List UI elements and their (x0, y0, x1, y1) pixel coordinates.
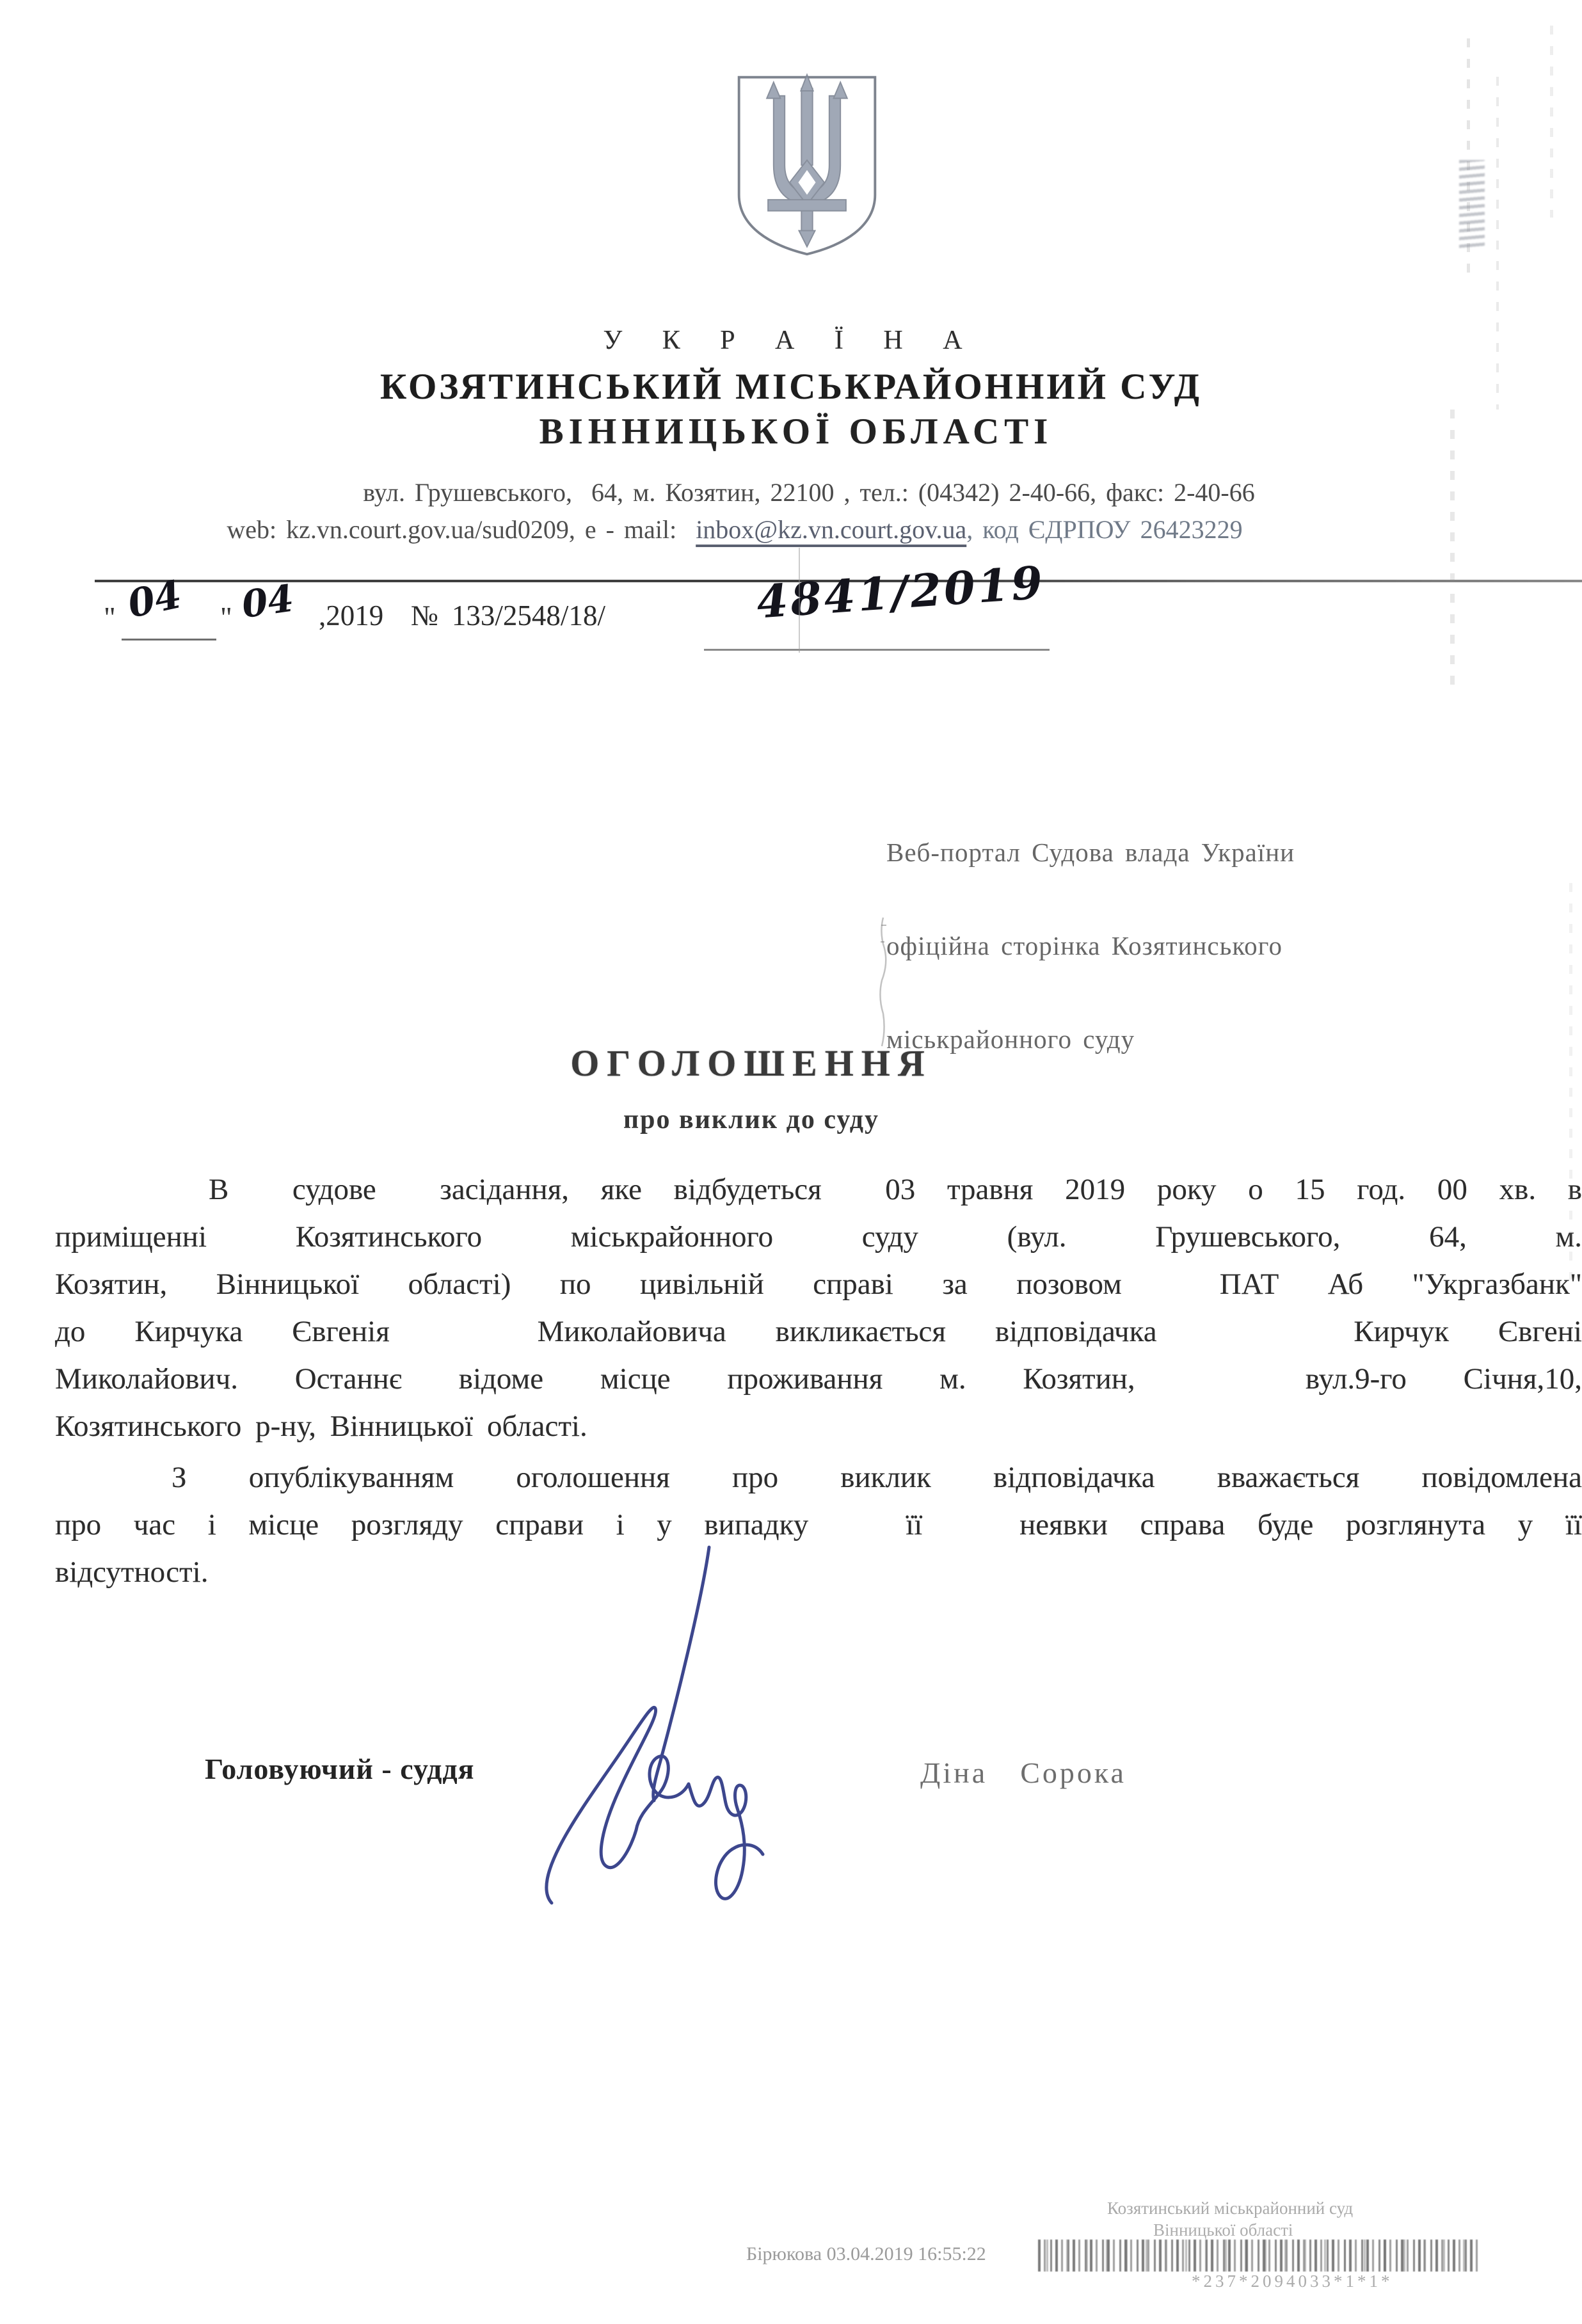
body-line: Козятинського р-ну, Вінницької області. (55, 1409, 1582, 1456)
judge-signature-ink (518, 1541, 813, 1938)
scan-smudge-artifact (1459, 160, 1485, 250)
handwritten-case-number: 4841/2019 (755, 555, 1047, 628)
body-text-block: В судове засідання, яке відбудеться 03 т… (55, 1172, 1582, 1602)
body-line: Миколайович. Останнє відоме місце прожив… (55, 1362, 1582, 1409)
ukraine-trident-emblem-icon (733, 72, 881, 259)
body-line: до Кирчука Євгенія Миколайовича викликає… (55, 1314, 1582, 1362)
footer-barcode (1038, 2240, 1481, 2272)
announcement-title: ОГОЛОШЕННЯ (0, 1042, 1542, 1085)
footer-region: Вінницької області (1153, 2220, 1293, 2240)
court-email: inbox@kz.vn.court.gov.ua (696, 515, 966, 544)
day-underline (122, 639, 216, 641)
scan-streak-artifact (1496, 77, 1499, 410)
handwritten-month: 04 (239, 577, 296, 627)
footer-barcode-number: *237*2094033*1*1* (1192, 2272, 1393, 2291)
open-quote: " (104, 600, 116, 634)
recipient-line-1: Веб-портал Судова влада України (886, 838, 1295, 867)
court-web-contact-line: web: kz.vn.court.gov.ua/sud0209, e - mai… (0, 514, 1526, 545)
body-line: про час і місце розгляду справи і у випа… (55, 1508, 1582, 1555)
footer-court-name: Козятинський міськрайонний суд (1107, 2199, 1353, 2218)
web-prefix: web: kz.vn.court.gov.ua/sud0209, e - mai… (227, 515, 696, 544)
case-number-underline (704, 649, 1050, 651)
body-line: приміщенні Козятинського міськрайонного … (55, 1220, 1582, 1267)
case-reference-printed: ,2019 № 133/2548/18/ (319, 599, 605, 632)
body-line: З опублікуванням оголошення про виклик в… (55, 1460, 1582, 1508)
court-name: КОЗЯТИНСЬКИЙ МІСЬКРАЙОННИЙ СУД (0, 366, 1582, 408)
body-line: В судове засідання, яке відбудеться 03 т… (55, 1172, 1582, 1220)
recipient-line-2: офіційна сторінка Козятинського (886, 931, 1282, 960)
body-line: відсутності. (55, 1555, 1582, 1602)
scan-streak-artifact (1467, 38, 1470, 282)
court-region: ВІННИЦЬКОЇ ОБЛАСТІ (5, 411, 1582, 452)
judge-name: Діна Сорока (920, 1756, 1126, 1790)
edrpou-code: , код ЄДРПОУ 26423229 (966, 515, 1242, 544)
presiding-judge-label: Головуючий - суддя (205, 1752, 475, 1786)
announcement-subtitle: про виклик до суду (0, 1104, 1542, 1135)
scan-streak-artifact (1550, 26, 1553, 218)
court-address-line: вул. Грушевського, 64, м. Козятин, 22100… (18, 477, 1582, 507)
body-line: Козятин, Вінницької області) по цивільні… (55, 1267, 1582, 1314)
close-quote: " (220, 600, 232, 634)
recipient-block: Веб-портал Судова влада України офіційна… (886, 829, 1334, 1063)
footer-clerk-timestamp: Бірюкова 03.04.2019 16:55:22 (746, 2243, 986, 2265)
country-name: У К Р А Ї Н А (0, 325, 1582, 356)
scanned-court-document: У К Р А Ї Н А КОЗЯТИНСЬКИЙ МІСЬКРАЙОННИЙ… (0, 0, 1582, 2324)
